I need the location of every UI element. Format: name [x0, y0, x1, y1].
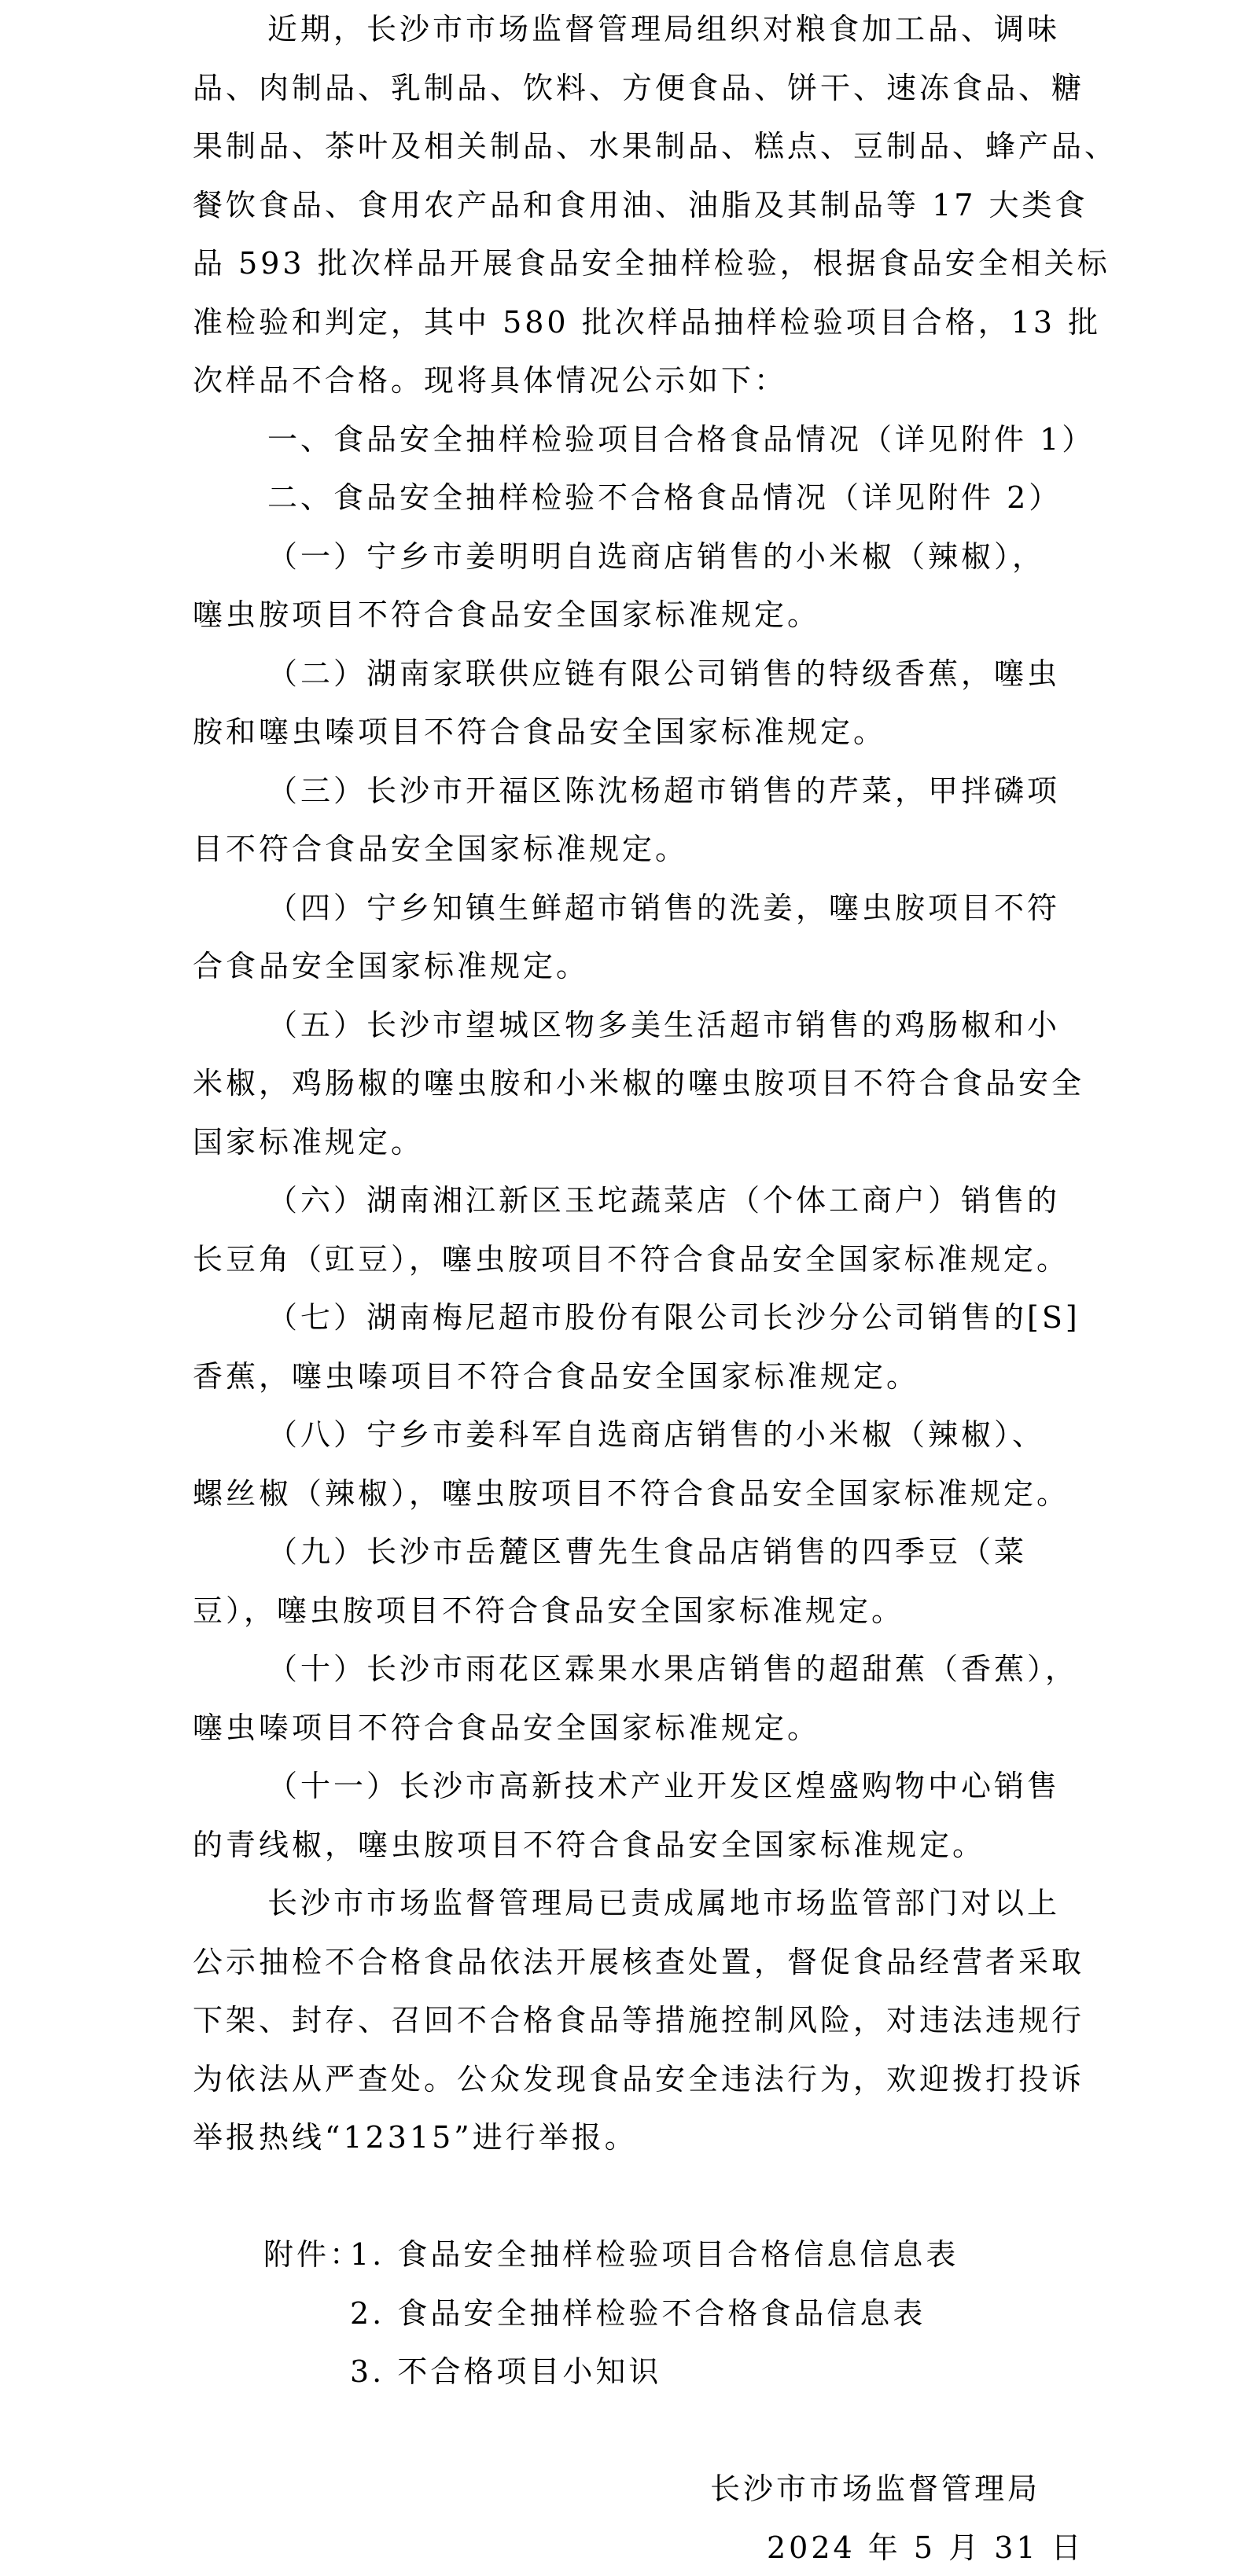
attachment-item-3: 3. 不合格项目小知识 — [350, 2343, 661, 2401]
text-line: 长豆角（豇豆），噻虫胺项目不符合食品安全国家标准规定。 — [193, 1230, 1069, 1289]
text-line: （十一）长沙市高新技术产业开发区煌盛购物中心销售 — [267, 1757, 1060, 1816]
text-line: （二）湖南家联供应链有限公司销售的特级香蕉，噻虫 — [267, 645, 1060, 704]
text-line: 合食品安全国家标准规定。 — [193, 937, 589, 996]
text-line: 米椒，鸡肠椒的噻虫胺和小米椒的噻虫胺项目不符合食品安全 — [193, 1054, 1084, 1113]
signature-date: 2024 年 5 月 31 日 — [767, 2519, 1084, 2576]
section-heading-qualified: 一、食品安全抽样检验项目合格食品情况（详见附件 1） — [267, 410, 1095, 469]
text-line: 餐饮食品、食用农产品和食用油、油脂及其制品等 17 大类食 — [193, 176, 1088, 235]
text-line: 噻虫嗪项目不符合食品安全国家标准规定。 — [193, 1699, 820, 1758]
text-line: （十）长沙市雨花区霖果水果店销售的超甜蕉（香蕉）， — [267, 1640, 1078, 1699]
signature-organization: 长沙市市场监督管理局 — [710, 2460, 1040, 2519]
text-line: （五）长沙市望城区物多美生活超市销售的鸡肠椒和小 — [267, 996, 1060, 1055]
text-line: （四）宁乡知镇生鲜超市销售的洗姜，噻虫胺项目不符 — [267, 879, 1060, 938]
text-line: 下架、封存、召回不合格食品等措施控制风险，对违法违规行 — [193, 1991, 1084, 2050]
text-line: 噻虫胺项目不符合食品安全国家标准规定。 — [193, 586, 820, 645]
text-line: 螺丝椒（辣椒），噻虫胺项目不符合食品安全国家标准规定。 — [193, 1464, 1069, 1523]
text-line: 近期，长沙市市场监督管理局组织对粮食加工品、调味 — [267, 0, 1060, 59]
text-line: 果制品、茶叶及相关制品、水果制品、糕点、豆制品、蜂产品、 — [193, 117, 1117, 176]
text-line: 的青线椒，噻虫胺项目不符合食品安全国家标准规定。 — [193, 1816, 985, 1875]
text-line: 公示抽检不合格食品依法开展核查处置，督促食品经营者采取 — [193, 1933, 1084, 1992]
text-line: 为依法从严查处。公众发现食品安全违法行为，欢迎拨打投诉 — [193, 2050, 1084, 2109]
section-heading-unqualified: 二、食品安全抽样检验不合格食品情况（详见附件 2） — [267, 469, 1062, 527]
text-line: 准检验和判定，其中 580 批次样品抽样检验项目合格，13 批 — [193, 293, 1101, 352]
text-line: 长沙市市场监督管理局已责成属地市场监管部门对以上 — [267, 1874, 1060, 1933]
text-line: （六）湖南湘江新区玉坨蔬菜店（个体工商户）销售的 — [267, 1171, 1060, 1230]
attachments-label: 附件： — [263, 2225, 363, 2284]
text-line: 目不符合食品安全国家标准规定。 — [193, 820, 688, 879]
text-line: 国家标准规定。 — [193, 1113, 424, 1172]
text-line: （三）长沙市开福区陈沈杨超市销售的芹菜，甲拌磷项 — [267, 762, 1060, 821]
text-line: 品 593 批次样品开展食品安全抽样检验，根据食品安全相关标 — [193, 234, 1110, 293]
text-line: 举报热线“12315”进行举报。 — [193, 2108, 638, 2167]
text-line: （七）湖南梅尼超市股份有限公司长沙分公司销售的[S] — [267, 1288, 1080, 1347]
text-line: 香蕉，噻虫嗪项目不符合食品安全国家标准规定。 — [193, 1347, 919, 1406]
attachment-item-2: 2. 食品安全抽样检验不合格食品信息表 — [350, 2284, 926, 2343]
text-line: 品、肉制品、乳制品、饮料、方便食品、饼干、速冻食品、糖 — [193, 59, 1084, 118]
text-line: 胺和噻虫嗪项目不符合食品安全国家标准规定。 — [193, 703, 886, 762]
text-line: 次样品不合格。现将具体情况公示如下： — [193, 351, 787, 410]
attachment-item-1: 1. 食品安全抽样检验项目合格信息信息表 — [350, 2225, 959, 2284]
text-line: （八）宁乡市姜科军自选商店销售的小米椒（辣椒）、 — [267, 1406, 1045, 1464]
text-line: （九）长沙市岳麓区曹先生食品店销售的四季豆（菜 — [267, 1523, 1027, 1582]
text-line: 豆），噻虫胺项目不符合食品安全国家标准规定。 — [193, 1582, 904, 1641]
text-line: （一）宁乡市姜明明自选商店销售的小米椒（辣椒）， — [267, 527, 1045, 586]
